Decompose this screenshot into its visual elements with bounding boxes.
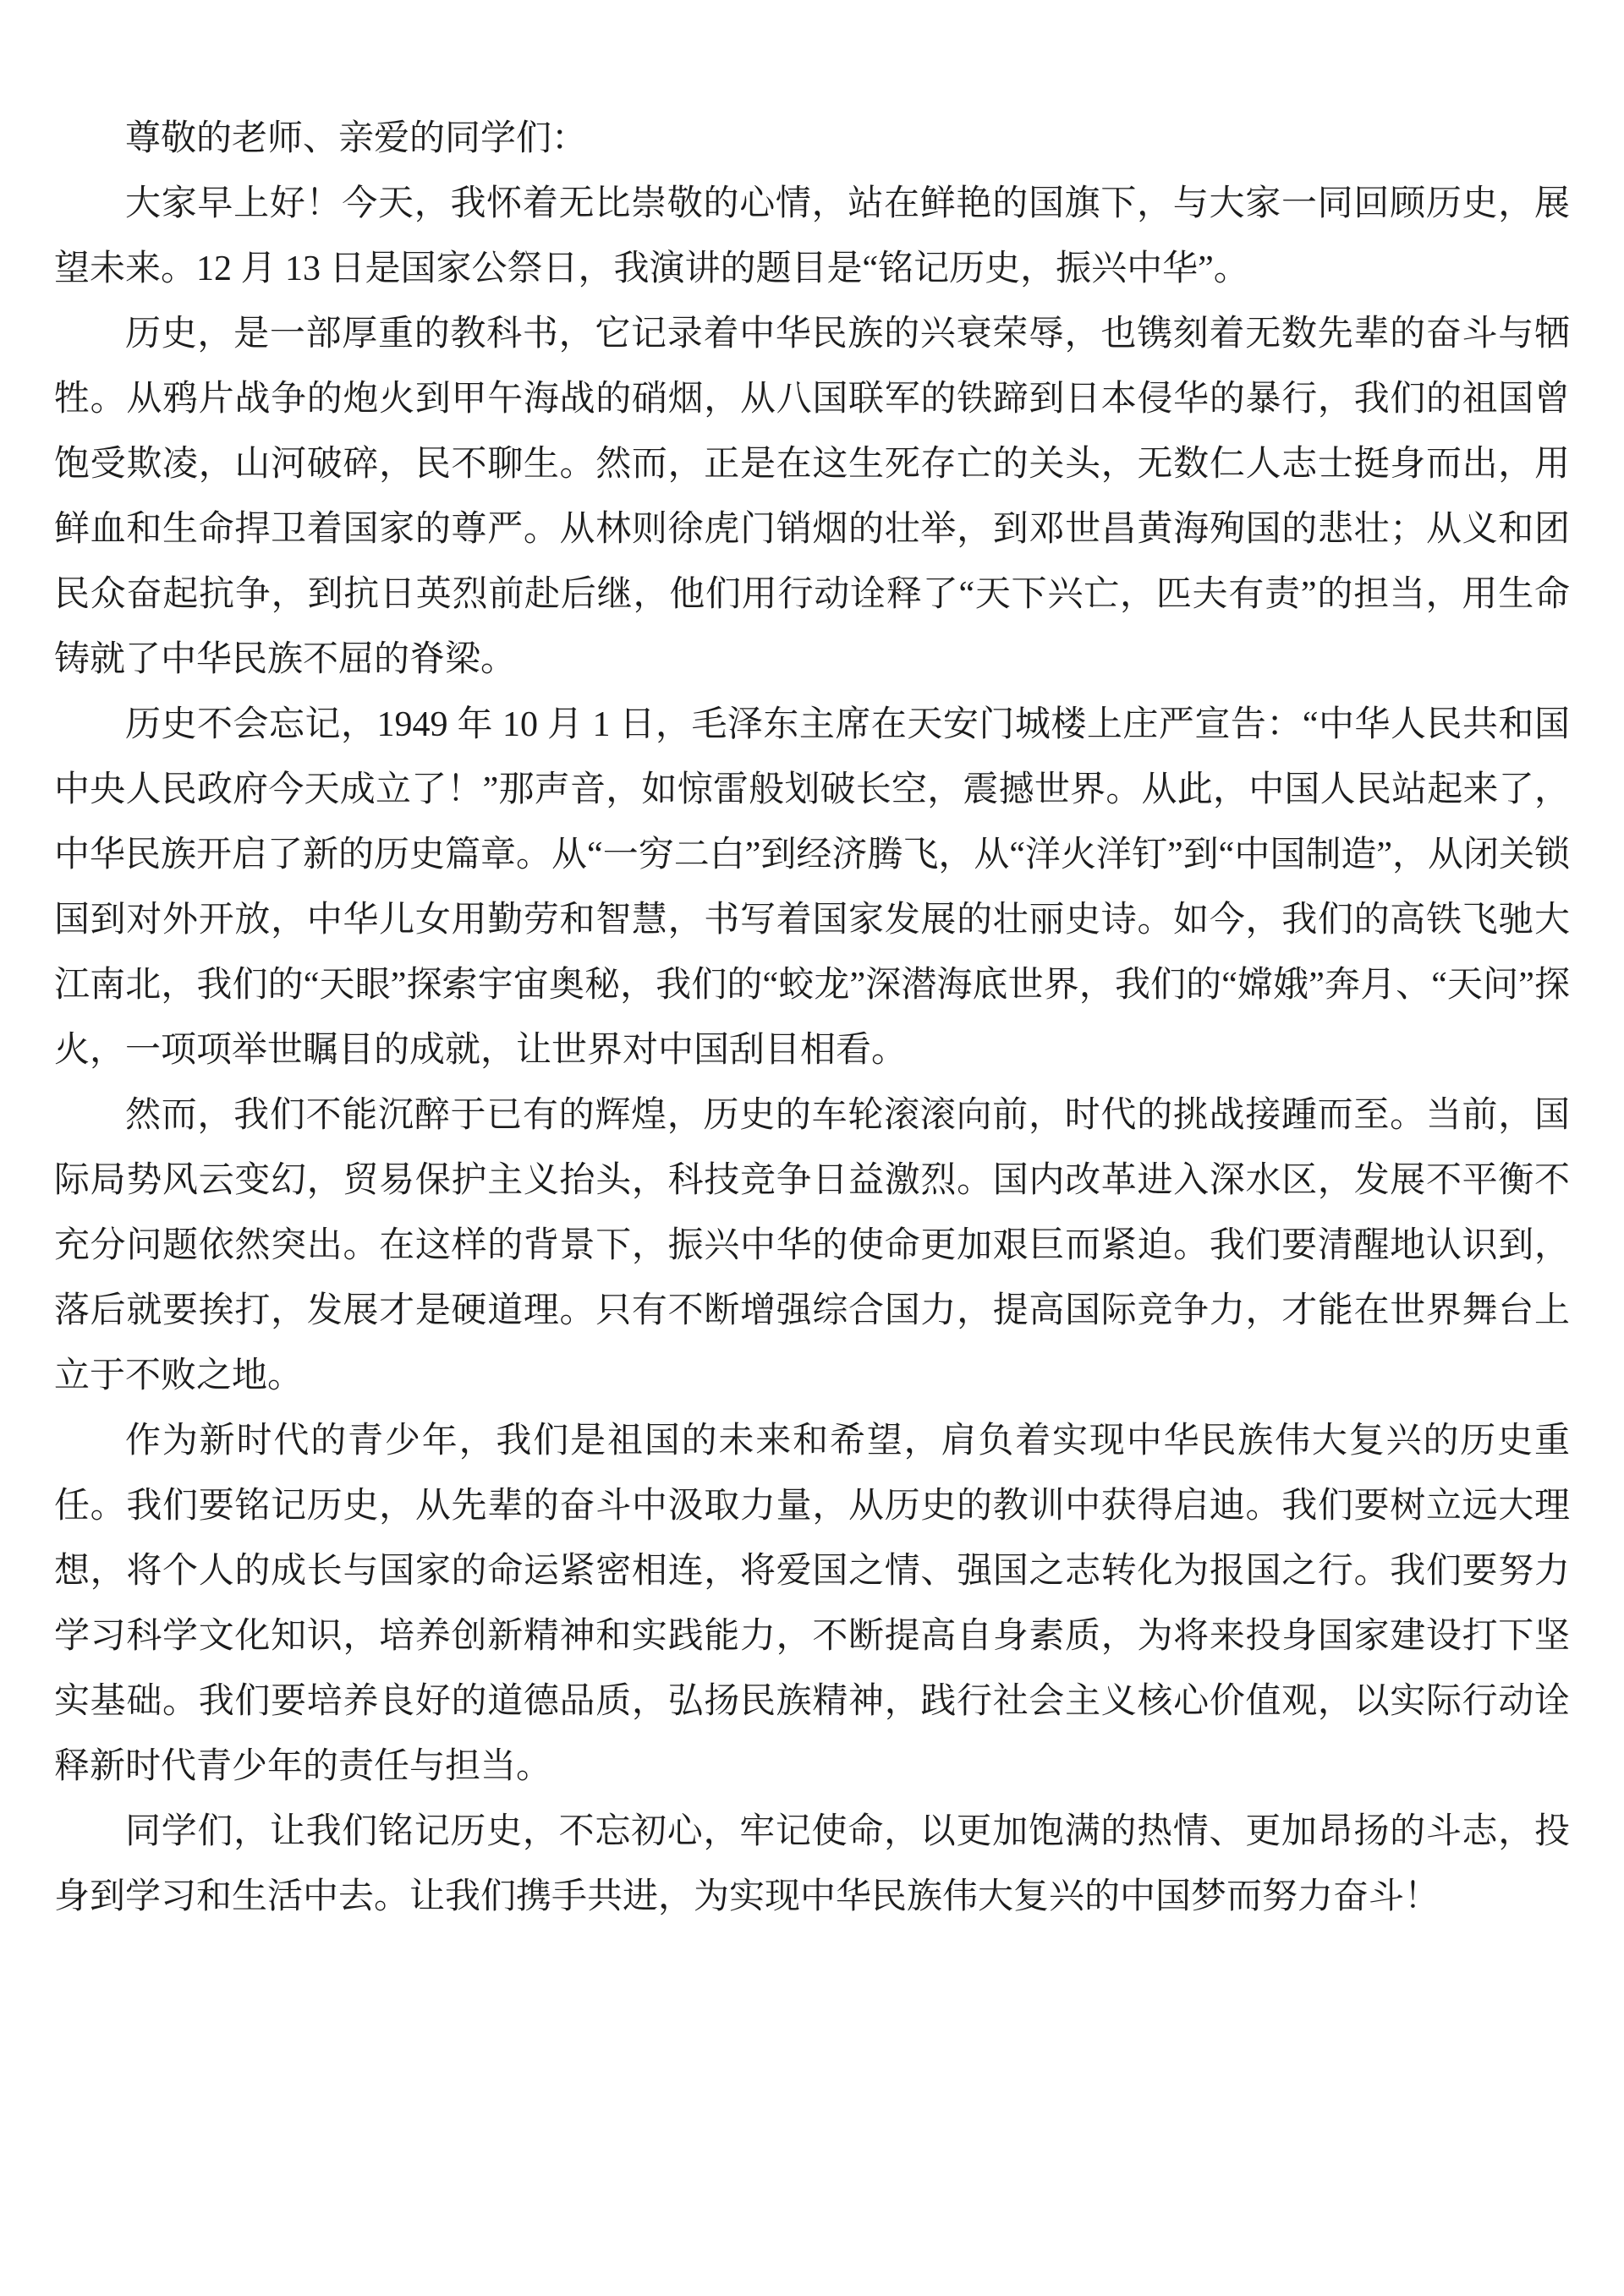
paragraph-opening: 大家早上好！今天，我怀着无比崇敬的心情，站在鲜艳的国旗下，与大家一同回顾历史，展… xyxy=(54,172,1570,302)
paragraph-founding-achievements: 历史不会忘记，1949 年 10 月 1 日，毛泽东主席在天安门城楼上庄严宣告：… xyxy=(54,693,1570,1083)
paragraph-youth-mission: 作为新时代的青少年，我们是祖国的未来和希望，肩负着实现中华民族伟大复兴的历史重任… xyxy=(54,1409,1570,1800)
salutation-line: 尊敬的老师、亲爱的同学们： xyxy=(54,107,1570,172)
paragraph-closing-call: 同学们，让我们铭记历史，不忘初心，牢记使命，以更加饱满的热情、更加昂扬的斗志，投… xyxy=(54,1800,1570,1930)
paragraph-history-suffering: 历史，是一部厚重的教科书，它记录着中华民族的兴衰荣辱，也镌刻着无数先辈的奋斗与牺… xyxy=(54,302,1570,693)
document-page: 尊敬的老师、亲爱的同学们： 大家早上好！今天，我怀着无比崇敬的心情，站在鲜艳的国… xyxy=(0,0,1624,2296)
paragraph-current-challenges: 然而，我们不能沉醉于已有的辉煌，历史的车轮滚滚向前，时代的挑战接踵而至。当前，国… xyxy=(54,1083,1570,1409)
